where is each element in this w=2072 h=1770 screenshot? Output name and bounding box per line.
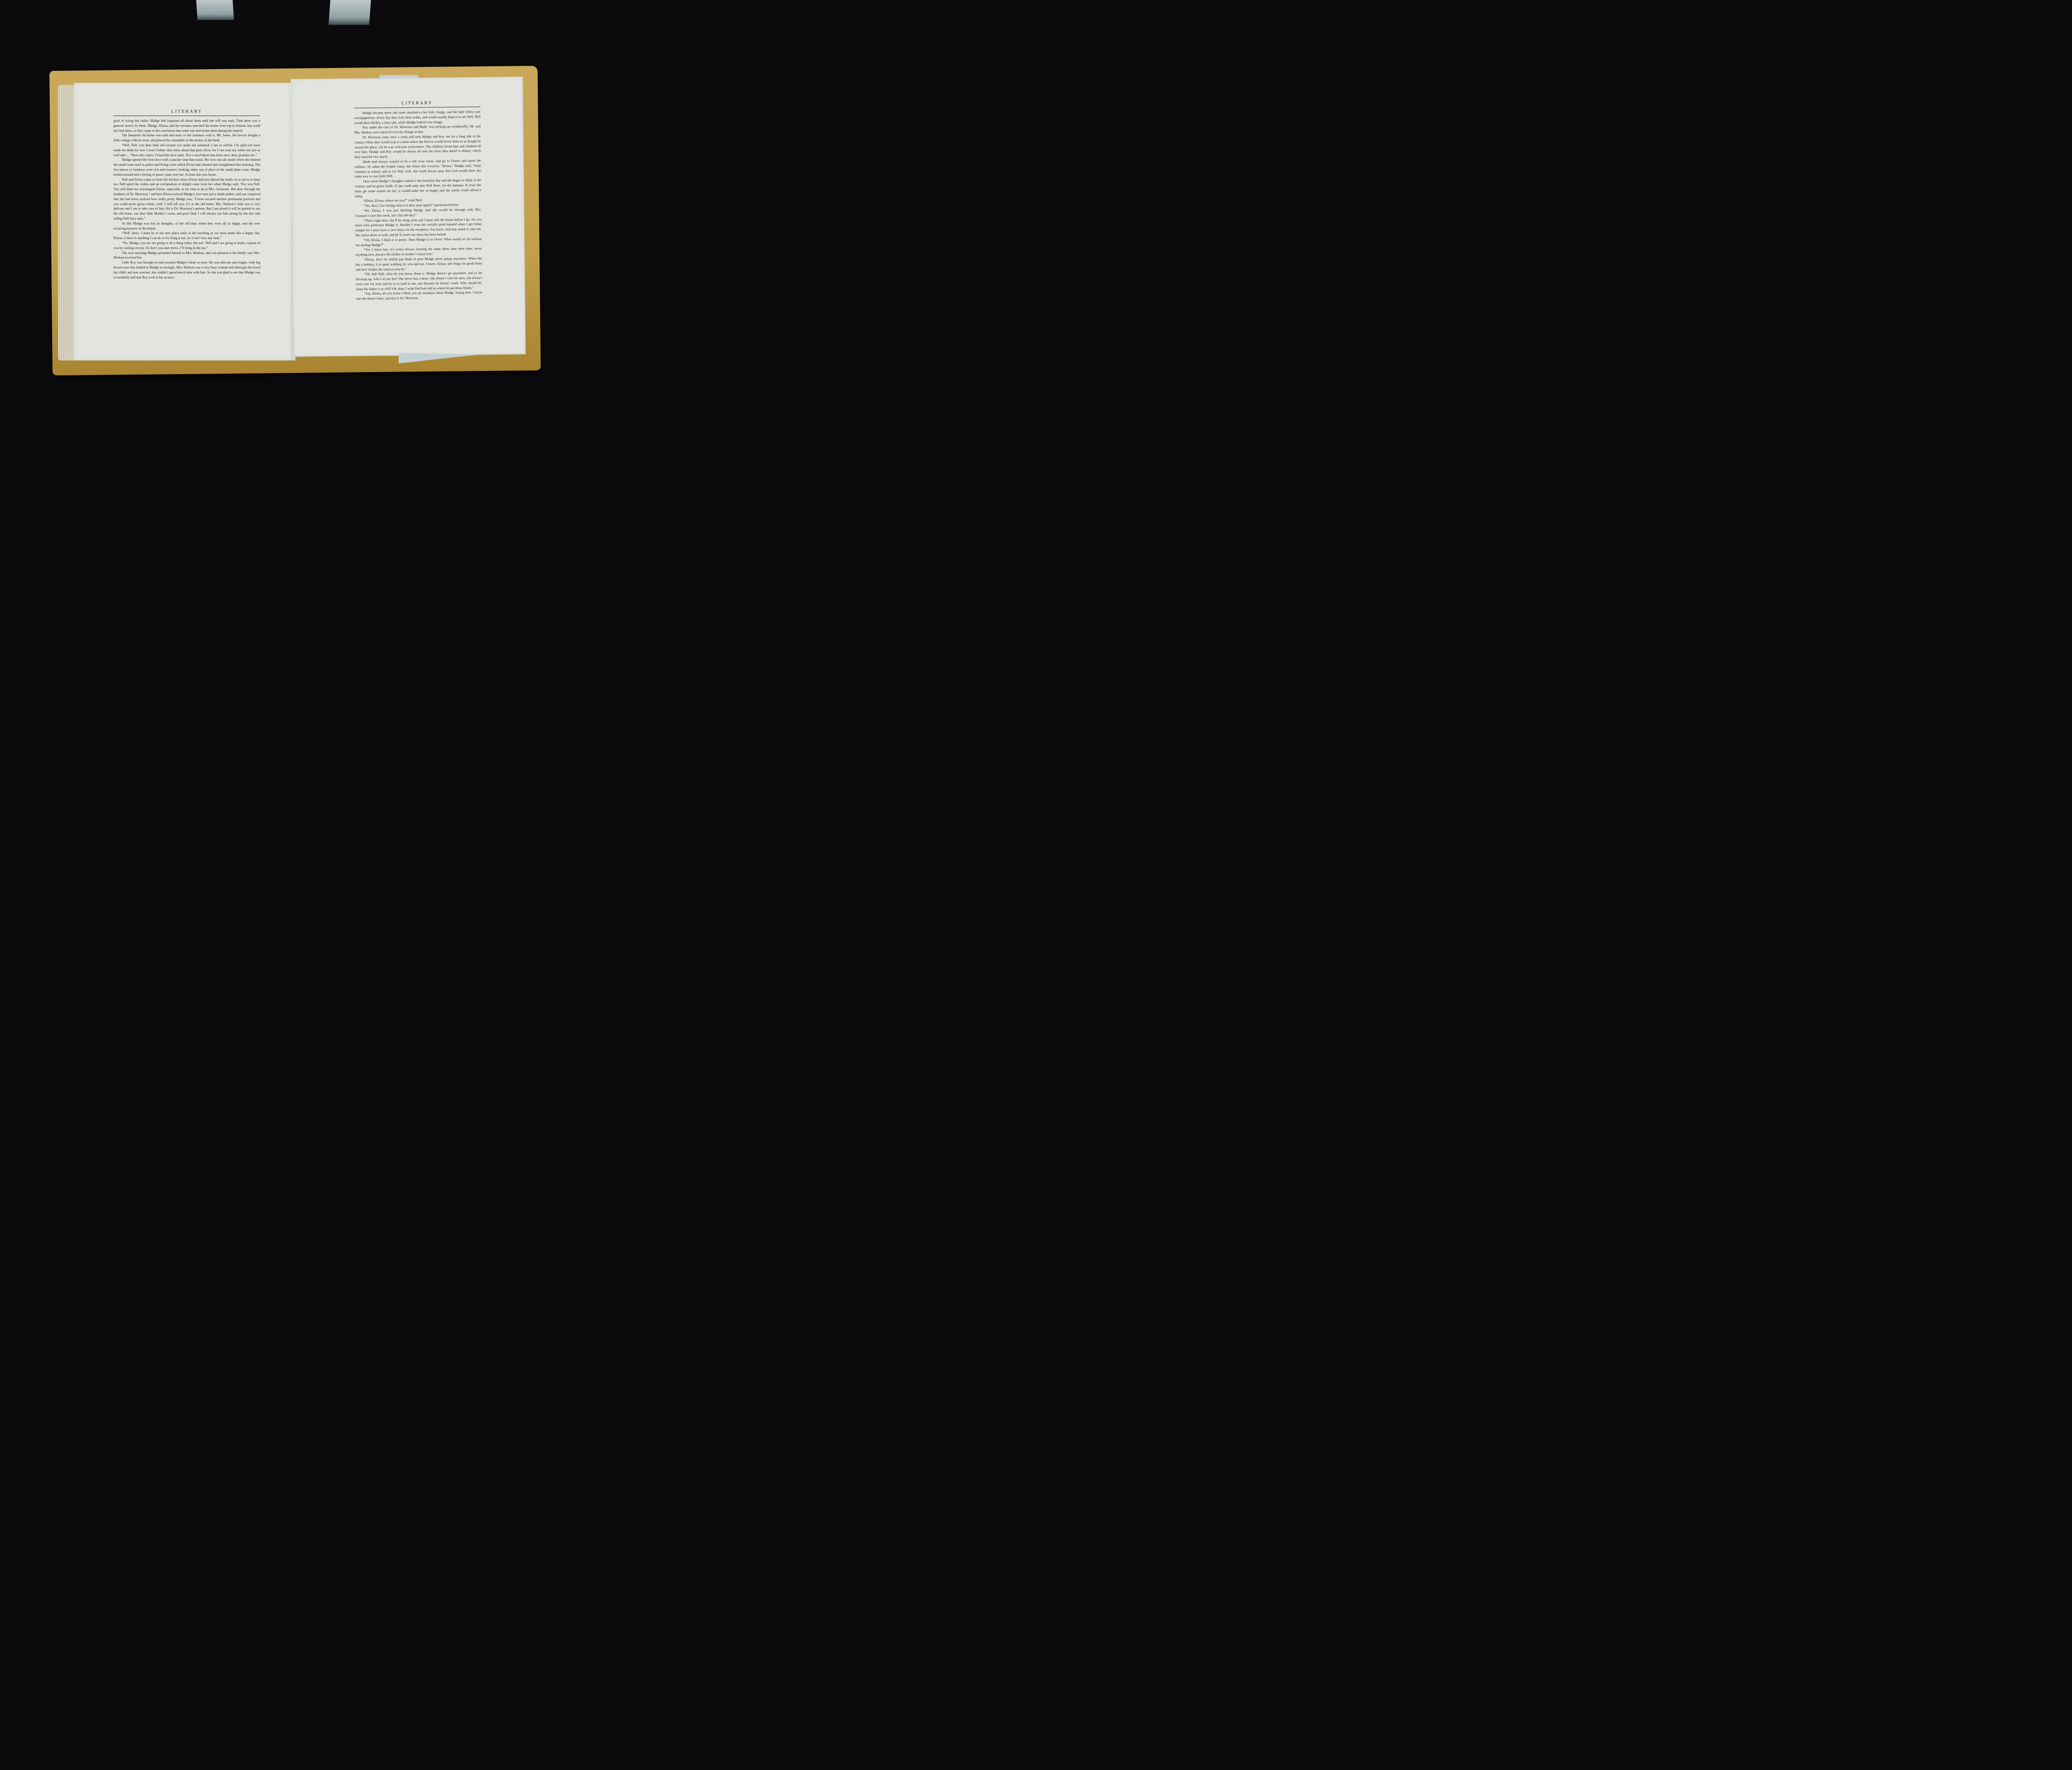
paragraph: “Oh, huh Nell, what do you know about it… — [356, 271, 482, 291]
paragraph: “That’s right dear, she’ll be along soon… — [355, 217, 482, 238]
paragraph: “Yes I know but, it’s awful always weari… — [356, 246, 482, 257]
paragraph: “Eloisa, don’t be selfish just think of … — [356, 256, 482, 272]
paragraph: “Nell, Nell, you dear little old woman y… — [114, 143, 260, 157]
light-reflection — [329, 0, 371, 25]
paragraph: The next morning Madge presented herself… — [114, 251, 260, 261]
paragraph: Made had always wanted to be a red cross… — [355, 158, 481, 179]
left-page: LITERARY grief of losing her father, Mad… — [74, 83, 295, 360]
paragraph: Little Roy was brought in and touched Ma… — [114, 260, 260, 280]
page-edges — [58, 85, 75, 360]
light-reflection — [196, 0, 234, 20]
header-rule — [114, 116, 260, 116]
paragraph: The beautiful old home was sold and most… — [114, 133, 260, 143]
running-head: LITERARY — [114, 109, 260, 114]
paragraph: Madge became more and more attached to h… — [354, 109, 480, 126]
paragraph: Nell and Eloisa came in from the kitchen… — [114, 177, 260, 221]
paragraph: “Say, Eloisa, do you know I think you ar… — [356, 290, 482, 302]
paragraph: Roy under the care of Dr. Morrison and M… — [354, 124, 481, 135]
paragraph: “No, Eloisa, I was just thinking Madge s… — [355, 207, 482, 218]
paragraph: “Well, dears, I must be at my new place … — [114, 231, 260, 241]
body-text: grief of losing her father, Madge had fo… — [114, 118, 260, 280]
header-rule — [354, 106, 480, 108]
paragraph: At this Madge was lost in thoughts, of t… — [114, 221, 260, 231]
paragraph: “No, Madge, you are not going to do a th… — [114, 241, 260, 251]
body-text: Madge became more and more attached to h… — [354, 109, 482, 301]
paragraph: grief of losing her father, Madge had fo… — [114, 118, 260, 133]
paragraph: “Oh, Eloisa, I think it so pretty. Dear … — [356, 237, 482, 248]
paragraph: Dr. Morrison came once a week and took M… — [354, 134, 481, 160]
paragraph: Madge opened the front door with a quick… — [114, 157, 260, 177]
right-page: LITERARY Madge became more and more atta… — [291, 77, 526, 357]
paragraph: Once more Madge’s thoughts turned to the… — [355, 178, 481, 198]
running-head: LITERARY — [354, 100, 480, 106]
